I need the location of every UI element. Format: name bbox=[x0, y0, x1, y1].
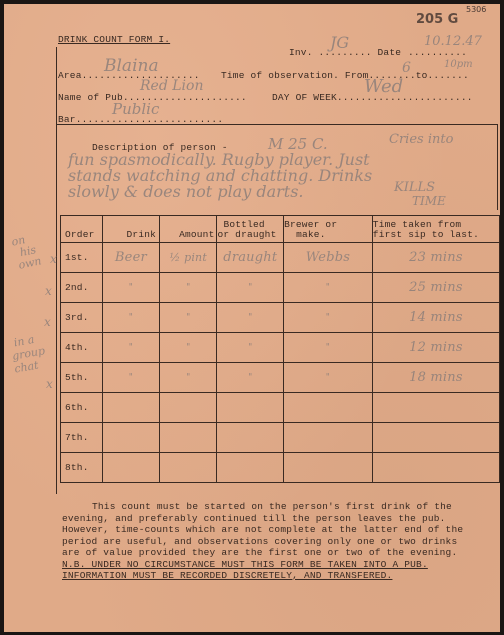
row-order: 6th. bbox=[61, 393, 103, 423]
pub-value: Red Lion bbox=[140, 78, 203, 94]
margin-note-in-a-group: in a group chat bbox=[9, 331, 48, 375]
row-amount: " bbox=[160, 363, 217, 393]
description-value-5: TIME bbox=[412, 194, 446, 208]
table-row: 8th. bbox=[61, 453, 500, 483]
table-row: 3rd. " " " " 14 mins bbox=[61, 303, 500, 333]
row-bottled: " bbox=[217, 333, 284, 363]
row-time: 14 mins bbox=[372, 303, 499, 333]
header-brewer: Brewer ormake. bbox=[284, 216, 373, 243]
row-brewer bbox=[284, 453, 373, 483]
nb-warning-1: N.B. UNDER NO CIRCUMSTANCE MUST THIS FOR… bbox=[62, 559, 492, 571]
inv-value: JG bbox=[330, 33, 349, 52]
row-time bbox=[372, 423, 499, 453]
row-time: 25 mins bbox=[372, 273, 499, 303]
row-time bbox=[372, 393, 499, 423]
row-brewer: " bbox=[284, 273, 373, 303]
row-brewer: Webbs bbox=[284, 243, 373, 273]
row-amount: " bbox=[160, 333, 217, 363]
row-brewer: " bbox=[284, 333, 373, 363]
table-row: 1st. Beer ½ pint draught Webbs 23 mins bbox=[61, 243, 500, 273]
bar-value: Public bbox=[112, 100, 159, 118]
row-amount bbox=[160, 423, 217, 453]
table-row: 5th. " " " " 18 mins bbox=[61, 363, 500, 393]
row-amount bbox=[160, 393, 217, 423]
instructions: This count must be started on the person… bbox=[62, 501, 492, 582]
time-label: Time of observation. From........to.....… bbox=[221, 70, 469, 81]
row-drink: " bbox=[102, 363, 159, 393]
row-time: 23 mins bbox=[372, 243, 499, 273]
margin-mark: x bbox=[50, 252, 57, 266]
nb-warning-2: INFORMATION MUST BE RECORDED DISCRETELY,… bbox=[62, 570, 492, 582]
table-row: 6th. bbox=[61, 393, 500, 423]
description-value-4b: KILLS bbox=[394, 180, 435, 195]
row-bottled: draught bbox=[217, 243, 284, 273]
row-bottled bbox=[217, 423, 284, 453]
row-order: 4th. bbox=[61, 333, 103, 363]
margin-mark: x bbox=[44, 315, 51, 329]
row-time: 18 mins bbox=[372, 363, 499, 393]
row-drink bbox=[102, 453, 159, 483]
row-amount: " bbox=[160, 273, 217, 303]
row-brewer bbox=[284, 393, 373, 423]
row-brewer bbox=[284, 423, 373, 453]
table-row: 4th. " " " " 12 mins bbox=[61, 333, 500, 363]
row-order: 5th. bbox=[61, 363, 103, 393]
row-time: 12 mins bbox=[372, 333, 499, 363]
description-value-4: slowly & does not play darts. bbox=[68, 182, 304, 201]
table-header-row: Order Drink Amount Bottledor draught Bre… bbox=[61, 216, 500, 243]
row-time bbox=[372, 453, 499, 483]
row-bottled: " bbox=[217, 363, 284, 393]
header-drink: Drink bbox=[102, 216, 159, 243]
row-bottled: " bbox=[217, 303, 284, 333]
archive-reference: 205 G bbox=[416, 12, 458, 27]
header-time: Time taken fromfirst sip to last. bbox=[372, 216, 499, 243]
time-to-value: 10pm bbox=[444, 59, 473, 70]
row-drink: " bbox=[102, 273, 159, 303]
header-bottled: Bottledor draught bbox=[217, 216, 284, 243]
row-drink: Beer bbox=[102, 243, 159, 273]
margin-note-on-his-own: on his own bbox=[11, 232, 43, 272]
row-drink: " bbox=[102, 303, 159, 333]
document-page: 205 G 5306 DRINK COUNT FORM I. Inv. ....… bbox=[4, 4, 500, 632]
margin-mark: x bbox=[46, 377, 53, 391]
table-row: 2nd. " " " " 25 mins bbox=[61, 273, 500, 303]
row-bottled: " bbox=[217, 273, 284, 303]
margin-mark: x bbox=[45, 284, 52, 298]
table-row: 7th. bbox=[61, 423, 500, 453]
row-amount bbox=[160, 453, 217, 483]
archive-box-number: 5306 bbox=[466, 5, 486, 14]
row-order: 3rd. bbox=[61, 303, 103, 333]
row-bottled bbox=[217, 393, 284, 423]
time-from-value: 6 bbox=[402, 60, 411, 76]
row-bottled bbox=[217, 453, 284, 483]
date-value: 10.12.47 bbox=[424, 34, 482, 49]
header-amount: Amount bbox=[160, 216, 217, 243]
drink-count-table: Order Drink Amount Bottledor draught Bre… bbox=[60, 215, 500, 483]
row-order: 7th. bbox=[61, 423, 103, 453]
header-order: Order bbox=[61, 216, 103, 243]
row-amount: " bbox=[160, 303, 217, 333]
row-brewer: " bbox=[284, 363, 373, 393]
form-left-border bbox=[56, 47, 57, 494]
area-value: Blaina bbox=[104, 56, 159, 76]
row-drink: " bbox=[102, 333, 159, 363]
row-drink bbox=[102, 423, 159, 453]
row-drink bbox=[102, 393, 159, 423]
row-amount: ½ pint bbox=[160, 243, 217, 273]
row-order: 2nd. bbox=[61, 273, 103, 303]
form-title: DRINK COUNT FORM I. bbox=[58, 34, 170, 45]
description-value-1b: Cries into bbox=[389, 132, 453, 147]
row-order: 8th. bbox=[61, 453, 103, 483]
row-brewer: " bbox=[284, 303, 373, 333]
description-right-border bbox=[497, 124, 498, 210]
row-order: 1st. bbox=[61, 243, 103, 273]
day-value: Wed bbox=[364, 76, 403, 97]
